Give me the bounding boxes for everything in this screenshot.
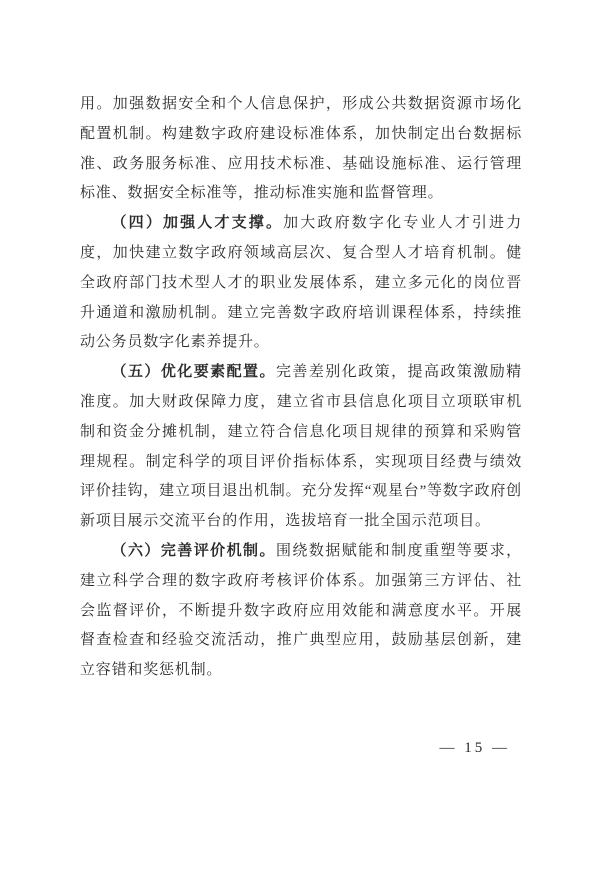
paragraph-item-5: （五）优化要素配置。完善差别化政策，提高政策激励精准度。加大财政保障力度，建立省… <box>80 358 522 537</box>
paragraph-lead: （六）完善评价机制。 <box>112 543 276 559</box>
paragraph-continuation: 用。加强数据安全和个人信息保护，形成公共数据资源市场化配置机制。构建数字政府建设… <box>80 90 522 209</box>
page-number: — 15 — <box>440 740 511 757</box>
paragraph-text: 完善差别化政策，提高政策激励精准度。加大财政保障力度，建立省市县信息化项目立项联… <box>80 364 522 529</box>
paragraph-item-6: （六）完善评价机制。围绕数据赋能和制度重塑等要求，建立科学合理的数字政府考核评价… <box>80 537 522 686</box>
text-block: 用。加强数据安全和个人信息保护，形成公共数据资源市场化配置机制。构建数字政府建设… <box>80 90 522 686</box>
document-page: 用。加强数据安全和个人信息保护，形成公共数据资源市场化配置机制。构建数字政府建设… <box>0 0 600 872</box>
paragraph-item-4: （四）加强人才支撑。加大政府数字化专业人才引进力度，加快建立数字政府领域高层次、… <box>80 209 522 358</box>
paragraph-lead: （五）优化要素配置。 <box>112 364 276 380</box>
paragraph-text: 用。加强数据安全和个人信息保护，形成公共数据资源市场化配置机制。构建数字政府建设… <box>80 96 522 201</box>
paragraph-lead: （四）加强人才支撑。 <box>112 215 284 231</box>
paragraph-text: 加大政府数字化专业人才引进力度，加快建立数字政府领域高层次、复合型人才培育机制。… <box>80 215 522 350</box>
paragraph-text: 围绕数据赋能和制度重塑等要求，建立科学合理的数字政府考核评价体系。加强第三方评估… <box>80 543 522 678</box>
